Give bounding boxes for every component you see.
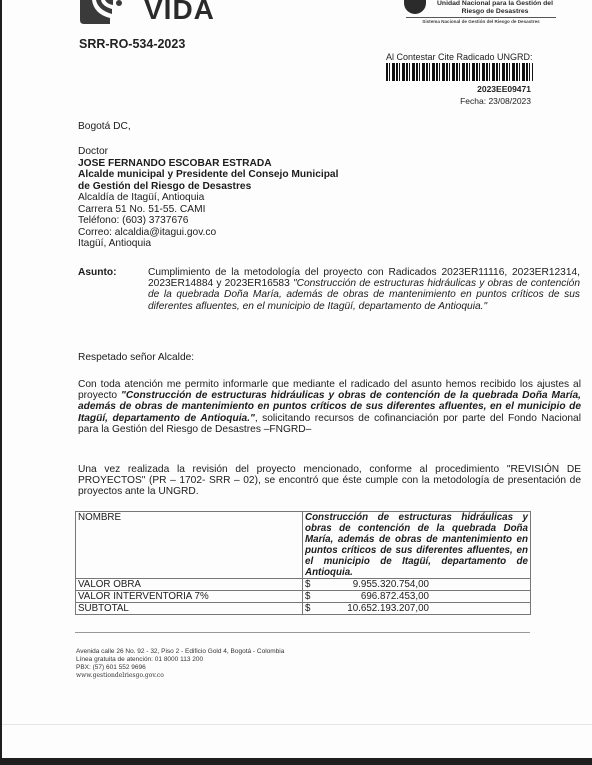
currency-symbol: $ bbox=[305, 603, 319, 614]
recipient-title: Doctor bbox=[78, 146, 338, 158]
document-date: Fecha: 23/08/2023 bbox=[460, 96, 531, 106]
recipient-name: JOSE FERNANDO ESCOBAR ESTRADA bbox=[78, 158, 338, 170]
recipient-block: Doctor JOSE FERNANDO ESCOBAR ESTRADA Alc… bbox=[78, 146, 338, 250]
project-table: NOMBRE Construcción de estructuras hidrá… bbox=[75, 511, 531, 615]
currency-symbol: $ bbox=[305, 579, 319, 590]
recipient-phone: Teléfono: (603) 3737676 bbox=[78, 215, 338, 227]
footer-hotline: Línea gratuita de atención: 01 8000 113 … bbox=[76, 656, 284, 664]
recipient-position-2: de Gestión del Riesgo de Desastres bbox=[78, 181, 338, 193]
footer: Avenida calle 26 No. 92 - 32, Piso 2 - E… bbox=[76, 648, 284, 680]
greeting: Respetado señor Alcalde: bbox=[78, 352, 194, 363]
footer-pbx: PBX: (57) 601 552 9696 bbox=[76, 664, 284, 672]
footer-website: www.gestiondelriesgo.gov.co bbox=[76, 672, 284, 680]
recipient-entity: Alcaldía de Itagüí, Antioquia bbox=[78, 192, 338, 204]
city-line: Bogotá DC, bbox=[78, 121, 131, 132]
barcode-icon bbox=[386, 63, 533, 81]
footer-address: Avenida calle 26 No. 92 - 32, Piso 2 - E… bbox=[76, 648, 284, 656]
currency-symbol: $ bbox=[305, 591, 319, 602]
recipient-location: Itagüí, Antioquia bbox=[78, 238, 338, 250]
ungrd-seal-icon bbox=[404, 0, 426, 14]
amount: 696.872.453,00 bbox=[319, 591, 429, 602]
row-label: SUBTOTAL bbox=[76, 603, 303, 615]
row-label: NOMBRE bbox=[76, 512, 303, 579]
project-name: Construcción de estructuras hidráulicas … bbox=[305, 512, 528, 578]
row-value: $10.652.193.207,00 bbox=[303, 603, 531, 615]
paragraph-1: Con toda atención me permito informarle … bbox=[78, 379, 581, 435]
cite-label: Al Contestar Cite Radicado UNGRD: bbox=[386, 52, 533, 62]
letter-page: VIDA SRR-RO-534-2023 Unidad Nacional par… bbox=[2, 0, 592, 758]
recipient-email: Correo: alcaldia@itagui.gov.co bbox=[78, 227, 338, 239]
amount: 9.955.320.754,00 bbox=[319, 579, 429, 590]
recipient-position-1: Alcalde municipal y Presidente del Conse… bbox=[78, 169, 338, 181]
amount: 10.652.193.207,00 bbox=[319, 603, 429, 614]
row-value: $9.955.320.754,00 bbox=[303, 579, 531, 591]
table-row: VALOR INTERVENTORIA 7% $696.872.453,00 bbox=[76, 591, 531, 603]
table-row: VALOR OBRA $9.955.320.754,00 bbox=[76, 579, 531, 591]
row-value: Construcción de estructuras hidráulicas … bbox=[303, 512, 531, 579]
subject-text: Cumplimiento de la metodología del proye… bbox=[148, 267, 580, 312]
recipient-address: Carrera 51 No. 51-55. CAMI bbox=[78, 204, 338, 216]
radicado-number: 2023EE09471 bbox=[477, 84, 531, 94]
institution-name: Unidad Nacional para la Gestión del Ries… bbox=[436, 0, 554, 16]
subject-label: Asunto: bbox=[78, 267, 116, 278]
reference-code: SRR-RO-534-2023 bbox=[79, 37, 185, 51]
logo-text: VIDA bbox=[144, 0, 215, 26]
header-divider bbox=[406, 17, 556, 18]
vida-logo-icon bbox=[80, 0, 126, 24]
row-value: $696.872.453,00 bbox=[303, 591, 531, 603]
paragraph-2: Una vez realizada la revisión del proyec… bbox=[78, 464, 581, 498]
institution-subtitle: Sistema Nacional de Gestión del Riesgo d… bbox=[406, 19, 556, 24]
page-edge-line bbox=[2, 724, 592, 725]
row-label: VALOR INTERVENTORIA 7% bbox=[76, 591, 303, 603]
table-row: NOMBRE Construcción de estructuras hidrá… bbox=[76, 512, 531, 579]
table-divider bbox=[75, 632, 530, 633]
table-row: SUBTOTAL $10.652.193.207,00 bbox=[76, 603, 531, 615]
row-label: VALOR OBRA bbox=[76, 579, 303, 591]
